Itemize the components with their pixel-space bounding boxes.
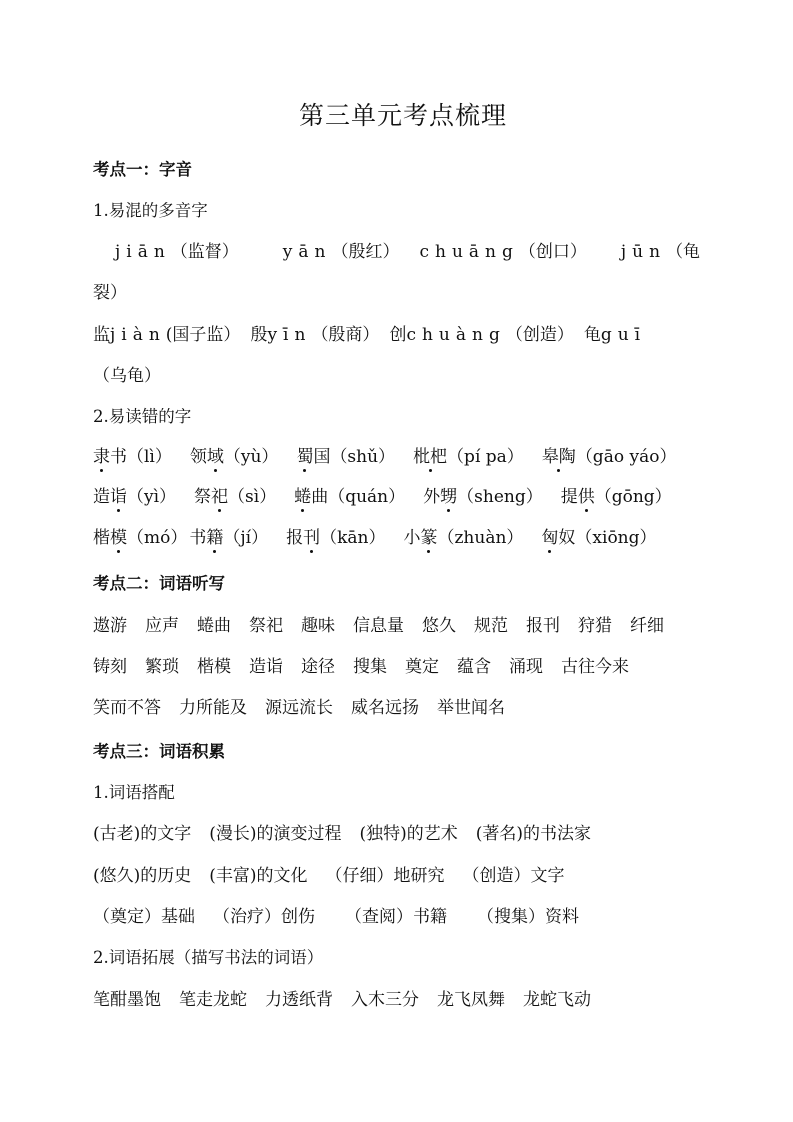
section-heading-dictation: 考点二：词语听写	[93, 572, 225, 596]
subheading-misread: 2.易读错的字	[93, 405, 191, 429]
dictation-word: 报刊	[526, 616, 560, 636]
dictation-word: 举世闻名	[437, 698, 505, 718]
idiom: 笔酣墨饱	[93, 990, 161, 1010]
misread-item: 蜀国（shǔ）	[296, 447, 395, 467]
polyphone-item: 创chuàng（创造）	[389, 325, 573, 345]
dictation-word: 途径	[301, 657, 335, 677]
dictation-word: 悠久	[422, 616, 456, 636]
misread-row-2: 造诣（yì）祭祀（sì）蜷曲（quán）外甥（sheng）提供（gōng）	[93, 485, 672, 509]
misread-item: 皋陶（gāo yáo）	[542, 447, 677, 467]
misread-row-1: 隶书（lì）领域（yù）蜀国（shǔ）枇杷（pí pa）皋陶（gāo yáo）	[93, 445, 676, 469]
dictation-word: 搜集	[353, 657, 387, 677]
dictation-word: 应声	[145, 616, 179, 636]
collocation-item: (独特)的艺术	[360, 824, 458, 844]
idiom: 龙飞凤舞	[437, 990, 505, 1010]
collocation-item: (漫长)的演变过程	[209, 824, 341, 844]
misread-item: 提供（gōng）	[561, 487, 672, 507]
misread-item: 造诣（yì）	[93, 487, 176, 507]
misread-row-3: 楷模（mó）书籍（jí）报刊（kān）小篆（zhuàn）匈奴（xiōng）	[93, 526, 657, 550]
section-heading-pronunciation: 考点一：字音	[93, 158, 192, 182]
misread-item: 小篆（zhuàn）	[403, 528, 523, 548]
dictation-word: 祭祀	[249, 616, 283, 636]
misread-item: 楷模（mó）	[93, 528, 187, 548]
idiom: 力透纸背	[265, 990, 333, 1010]
dictation-word: 趣味	[301, 616, 335, 636]
misread-item: 领域（yù）	[190, 447, 279, 467]
dictation-word: 奠定	[405, 657, 439, 677]
idiom: 龙蛇飞动	[523, 990, 591, 1010]
polyphones-row-1-wrap: 裂）	[93, 281, 127, 305]
polyphone-item: 监jiàn(国子监）	[93, 325, 240, 345]
misread-item: 书籍（jí）	[189, 528, 268, 548]
dictation-row-3: 笑而不答力所能及源远流长威名远扬举世闻名	[93, 696, 505, 720]
polyphone-item: jiān（监督）	[115, 242, 239, 262]
section-heading-vocabulary: 考点三：词语积累	[93, 740, 225, 764]
polyphones-row-2: 监jiàn(国子监）殷yīn（殷商）创chuàng（创造）龟guī	[93, 323, 646, 347]
idiom: 笔走龙蛇	[179, 990, 247, 1010]
subheading-polyphones: 1.易混的多音字	[93, 199, 208, 223]
dictation-word: 古往今来	[561, 657, 629, 677]
misread-item: 外甥（sheng）	[423, 487, 543, 507]
collocation-item: （搜集）资料	[477, 907, 579, 927]
collocation-item: (古老)的文字	[93, 824, 191, 844]
dictation-word: 繁琐	[145, 657, 179, 677]
collocation-item: (悠久)的历史	[93, 866, 191, 886]
dictation-word: 蕴含	[457, 657, 491, 677]
collocation-row-2: (悠久)的历史(丰富)的文化（仔细）地研究（创造）文字	[93, 864, 565, 888]
collocation-item: (著名)的书法家	[476, 824, 591, 844]
collocation-row-1: (古老)的文字(漫长)的演变过程(独特)的艺术(著名)的书法家	[93, 822, 591, 846]
polyphones-row-1: jiān（监督）yān（殷红）chuāng（创口）jūn（龟	[115, 240, 700, 264]
dictation-word: 规范	[474, 616, 508, 636]
dictation-word: 蜷曲	[197, 616, 231, 636]
collocation-item: （查阅）书籍	[345, 907, 447, 927]
collocation-item: （创造）文字	[463, 866, 565, 886]
misread-item: 匈奴（xiōng）	[541, 528, 656, 548]
collocation-item: （奠定）基础	[93, 907, 195, 927]
collocation-row-3: （奠定）基础（治疗）创伤（查阅）书籍（搜集）资料	[93, 905, 579, 929]
misread-item: 报刊（kān）	[286, 528, 385, 548]
dictation-word: 楷模	[197, 657, 231, 677]
polyphone-item: 龟guī	[584, 325, 646, 345]
page-title: 第三单元考点梳理	[93, 96, 713, 132]
misread-item: 隶书（lì）	[93, 447, 172, 467]
dictation-word: 信息量	[353, 616, 404, 636]
misread-item: 枇杷（pí pa）	[413, 447, 524, 467]
polyphone-item: jūn（龟	[621, 242, 700, 262]
dictation-word: 造诣	[249, 657, 283, 677]
polyphone-item: yān（殷红）	[283, 242, 400, 262]
polyphone-item: chuāng（创口）	[420, 242, 587, 262]
dictation-word: 纤细	[630, 616, 664, 636]
polyphone-item: 殷yīn（殷商）	[250, 325, 379, 345]
dictation-word: 铸刻	[93, 657, 127, 677]
dictation-word: 涌现	[509, 657, 543, 677]
dictation-word: 威名远扬	[351, 698, 419, 718]
dictation-row-1: 遨游应声蜷曲祭祀趣味信息量悠久规范报刊狩猎纤细	[93, 614, 664, 638]
dictation-word: 源远流长	[265, 698, 333, 718]
dictation-word: 遨游	[93, 616, 127, 636]
collocation-item: (丰富)的文化	[209, 866, 307, 886]
dictation-word: 狩猎	[578, 616, 612, 636]
idiom: 入木三分	[351, 990, 419, 1010]
misread-item: 蜷曲（quán）	[294, 487, 405, 507]
subheading-collocation: 1.词语搭配	[93, 781, 175, 805]
collocation-item: （治疗）创伤	[213, 907, 315, 927]
expansion-row: 笔酣墨饱笔走龙蛇力透纸背入木三分龙飞凤舞龙蛇飞动	[93, 988, 591, 1012]
misread-item: 祭祀（sì）	[194, 487, 276, 507]
dictation-word: 笑而不答	[93, 698, 161, 718]
polyphones-row-2-wrap: （乌龟）	[93, 364, 161, 388]
collocation-item: （仔细）地研究	[326, 866, 445, 886]
dictation-row-2: 铸刻繁琐楷模造诣途径搜集奠定蕴含涌现古往今来	[93, 655, 629, 679]
dictation-word: 力所能及	[179, 698, 247, 718]
subheading-expansion: 2.词语拓展（描写书法的词语）	[93, 946, 323, 970]
